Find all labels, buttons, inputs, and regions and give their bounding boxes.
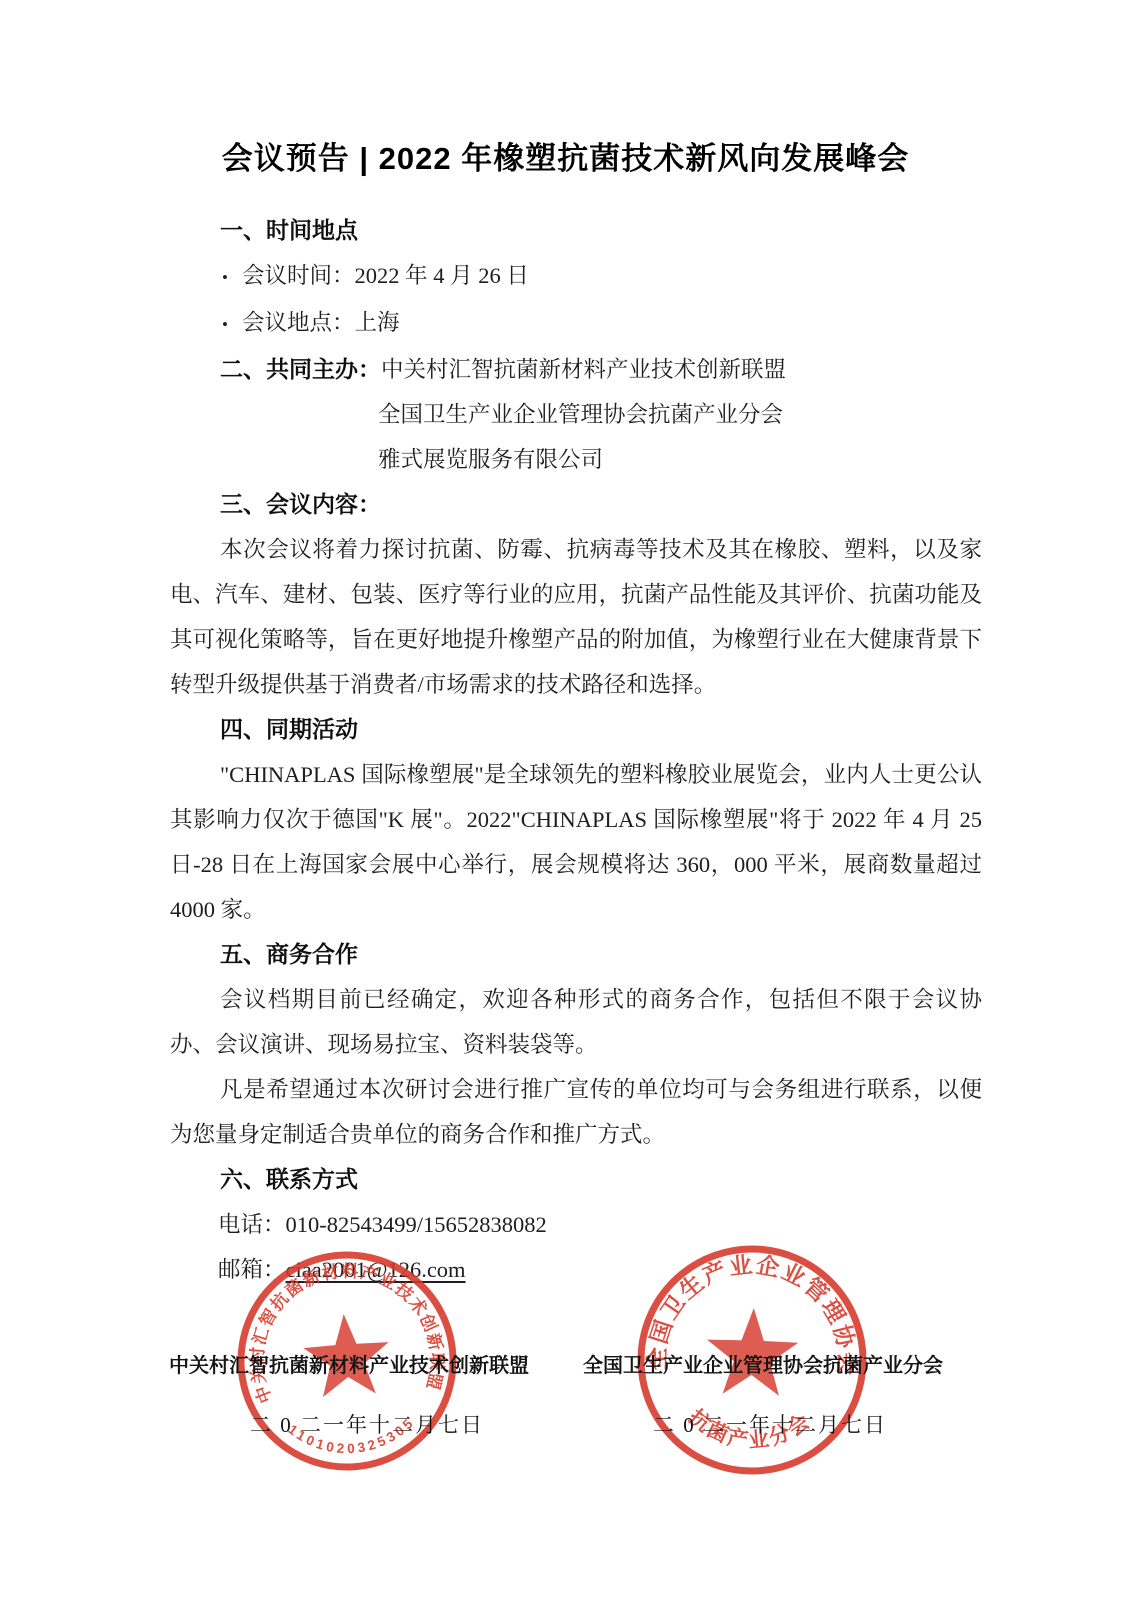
signature-org-right: 全国卫生产业企业管理协会抗菌产业分会	[583, 1349, 943, 1378]
section4-paragraph: "CHINAPLAS 国际橡塑展"是全球领先的塑料橡胶业展览会，业内人士更公认其…	[170, 752, 982, 932]
section2-heading: 二、共同主办：	[220, 356, 381, 382]
phone-line: 电话：010-82543499/15652838082	[170, 1202, 982, 1247]
section6-heading: 六、联系方式	[170, 1157, 982, 1202]
section3-heading: 三、会议内容：	[170, 482, 982, 527]
signature-date-left: 二 0 二一年十二月七日	[250, 1409, 484, 1439]
signature-org-left: 中关村汇智抗菌新材料产业技术创新联盟	[169, 1349, 529, 1378]
section5-heading: 五、商务合作	[170, 932, 982, 977]
section4-heading: 四、同期活动	[170, 707, 982, 752]
host-2: 全国卫生产业企业管理协会抗菌产业分会	[170, 392, 982, 437]
meeting-time-text: 会议时间：2022 年 4 月 26 日	[242, 263, 529, 288]
document-body: 一、时间地点 会议时间：2022 年 4 月 26 日 会议地点：上海 二、共同…	[170, 208, 982, 1292]
meeting-place-text: 会议地点：上海	[242, 310, 400, 335]
section2-line: 二、共同主办：中关村汇智抗菌新材料产业技术创新联盟	[170, 347, 982, 392]
meeting-time-item: 会议时间：2022 年 4 月 26 日	[170, 253, 982, 300]
page-title: 会议预告 | 2022 年橡塑抗菌技术新风向发展峰会	[0, 0, 1131, 184]
section5-paragraph-2: 凡是希望通过本次研讨会进行推广宣传的单位均可与会务组进行联系，以便为您量身定制适…	[170, 1067, 982, 1157]
section3-paragraph: 本次会议将着力探讨抗菌、防霉、抗病毒等技术及其在橡胶、塑料，以及家电、汽车、建材…	[170, 527, 982, 707]
section1-heading: 一、时间地点	[170, 208, 982, 253]
host-1: 中关村汇智抗菌新材料产业技术创新联盟	[381, 357, 786, 382]
document-page: 中关村汇智抗菌新材料产业技术创新联盟 1101020325305 全国卫生产业企…	[0, 0, 1131, 1600]
meeting-place-item: 会议地点：上海	[170, 300, 982, 347]
section5-paragraph-1: 会议档期目前已经确定，欢迎各种形式的商务合作，包括但不限于会议协办、会议演讲、现…	[170, 977, 982, 1067]
signature-date-right: 二 0 二一年十二月七日	[653, 1409, 887, 1439]
host-3: 雅式展览服务有限公司	[170, 437, 982, 482]
